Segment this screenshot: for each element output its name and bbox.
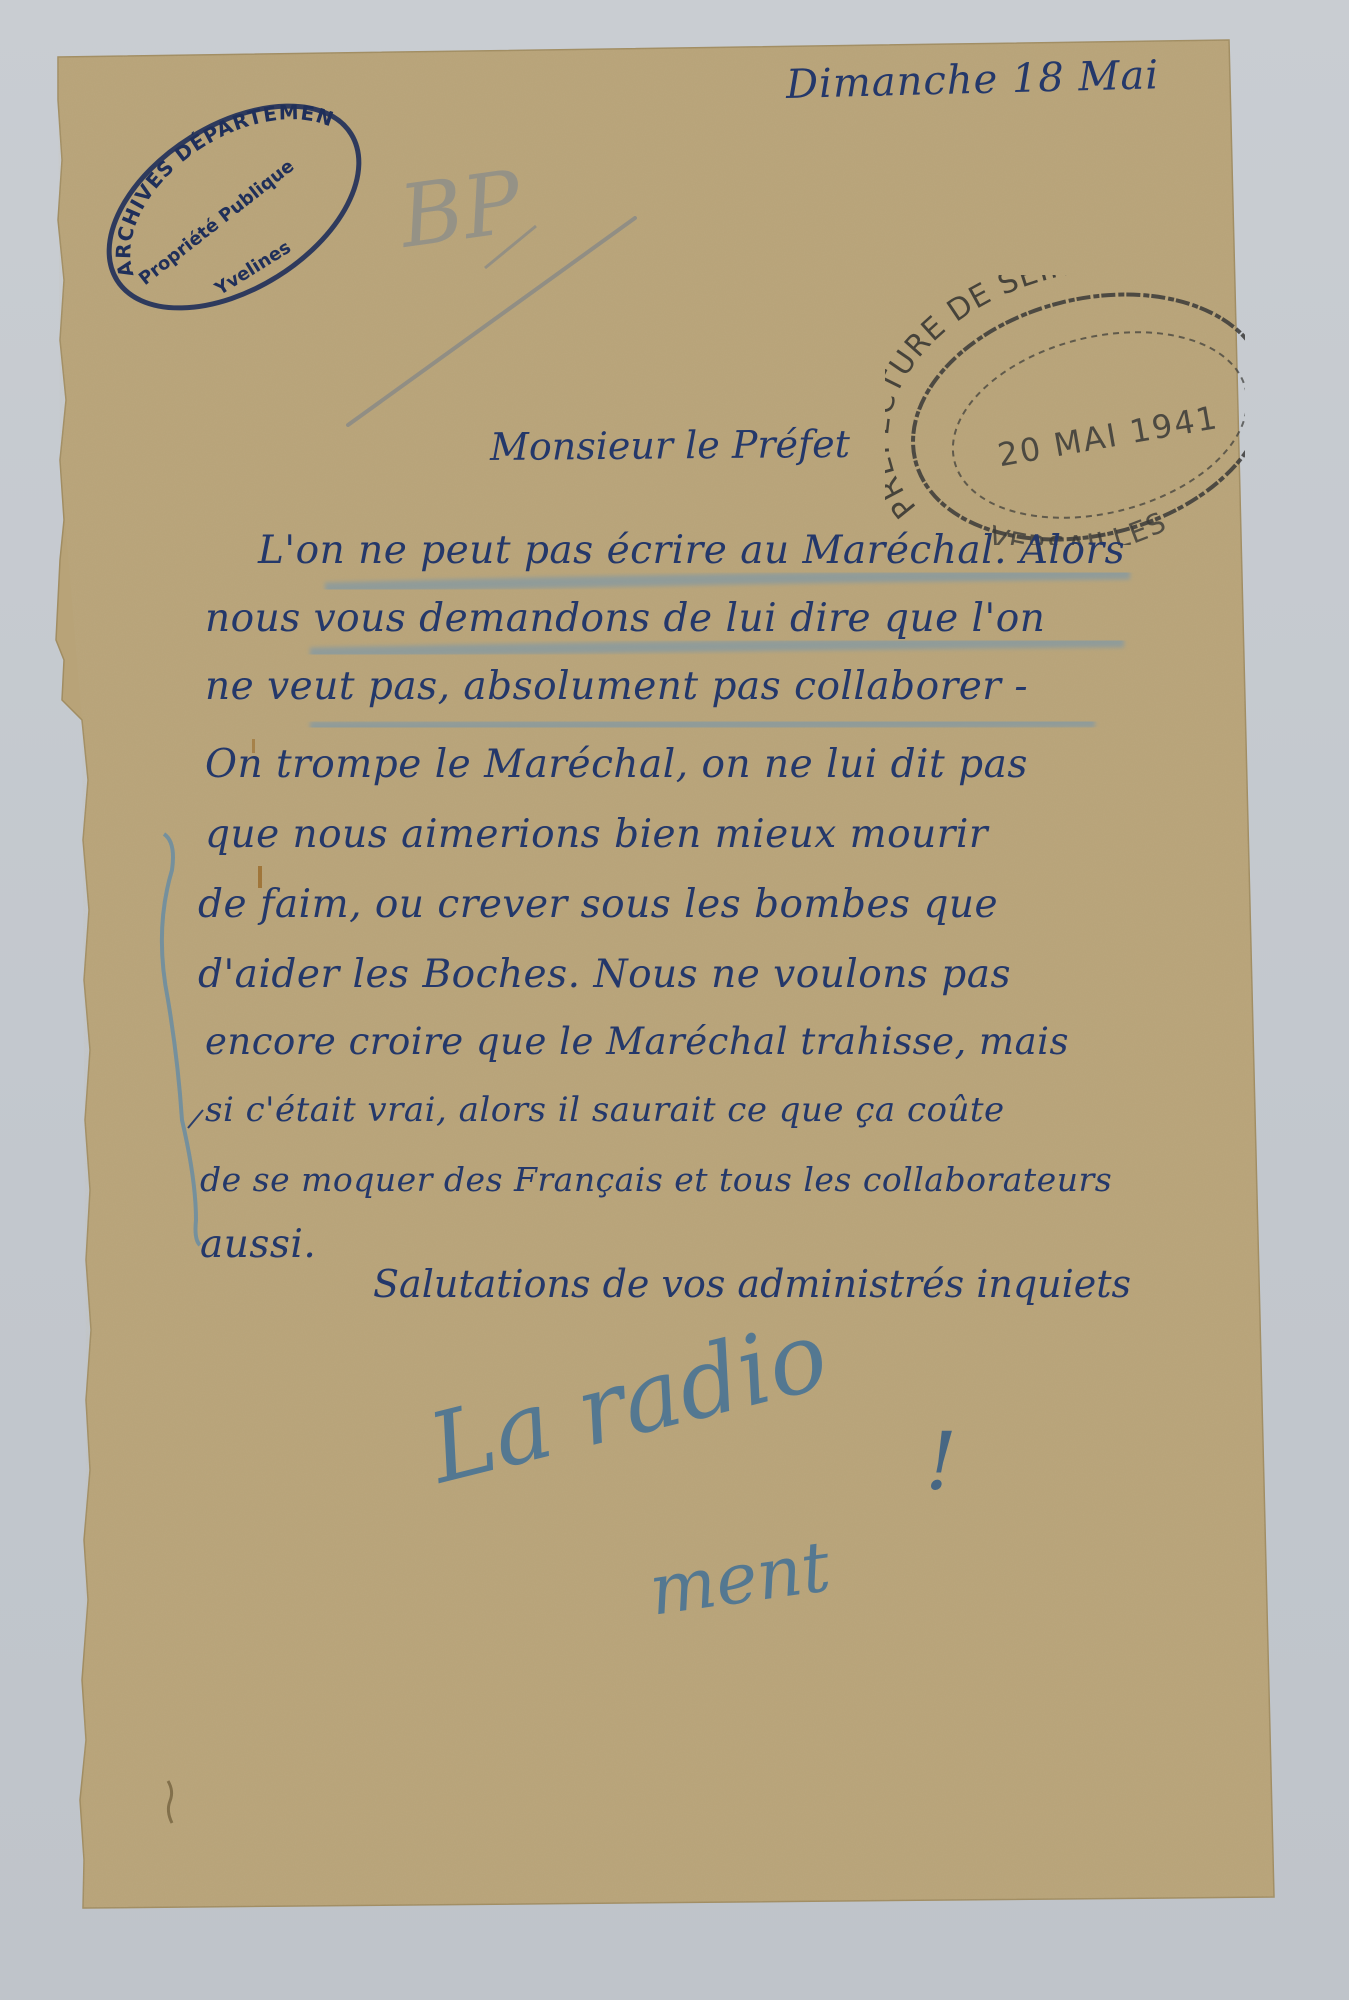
- graphite-initials: BP: [394, 152, 528, 268]
- body-line: encore croire que le Maréchal trahisse, …: [205, 1020, 1069, 1063]
- body-line: nous vous demandons de lui dire que l'on: [205, 596, 1045, 641]
- body-line: aussi.: [200, 1222, 316, 1267]
- pencil-annotation-exclamation: !: [925, 1415, 957, 1508]
- letter-sheet: ARCHIVES DÉPARTEMENTALES Propriété Publi…: [0, 0, 1349, 2000]
- body-line: On trompe le Maréchal, on ne lui dit pas: [205, 742, 1028, 787]
- body-line: si c'était vrai, alors il saurait ce que…: [205, 1090, 1005, 1130]
- letter-date: Dimanche 18 Mai: [785, 52, 1159, 108]
- body-line: d'aider les Boches. Nous ne voulons pas: [198, 952, 1011, 997]
- prefecture-stamp-date: 20 MAI 1941: [995, 398, 1222, 474]
- body-line: L'on ne peut pas écrire au Maréchal. Alo…: [258, 528, 1125, 573]
- svg-text:PRÉFECTURE DE SEINE: PRÉFECTURE DE SEINE: [885, 275, 1094, 525]
- letter-closing: Salutations de vos administrés inquiets: [373, 1262, 1131, 1306]
- body-line: que nous aimerions bien mieux mourir: [205, 812, 988, 857]
- body-line: de faim, ou crever sous les bombes que: [198, 882, 998, 927]
- prefecture-received-stamp: PRÉFECTURE DE SEINE 20 MAI 1941 VERSAILL…: [885, 275, 1245, 545]
- body-line: de se moquer des Français et tous les co…: [200, 1160, 1112, 1199]
- letter-salutation: Monsieur le Préfet: [490, 422, 850, 469]
- archives-stamp: ARCHIVES DÉPARTEMENTALES Propriété Publi…: [96, 95, 372, 315]
- body-line: ne veut pas, absolument pas collaborer -: [205, 664, 1028, 709]
- prefecture-stamp-top-text: PRÉFECTURE DE SEINE: [885, 275, 1094, 525]
